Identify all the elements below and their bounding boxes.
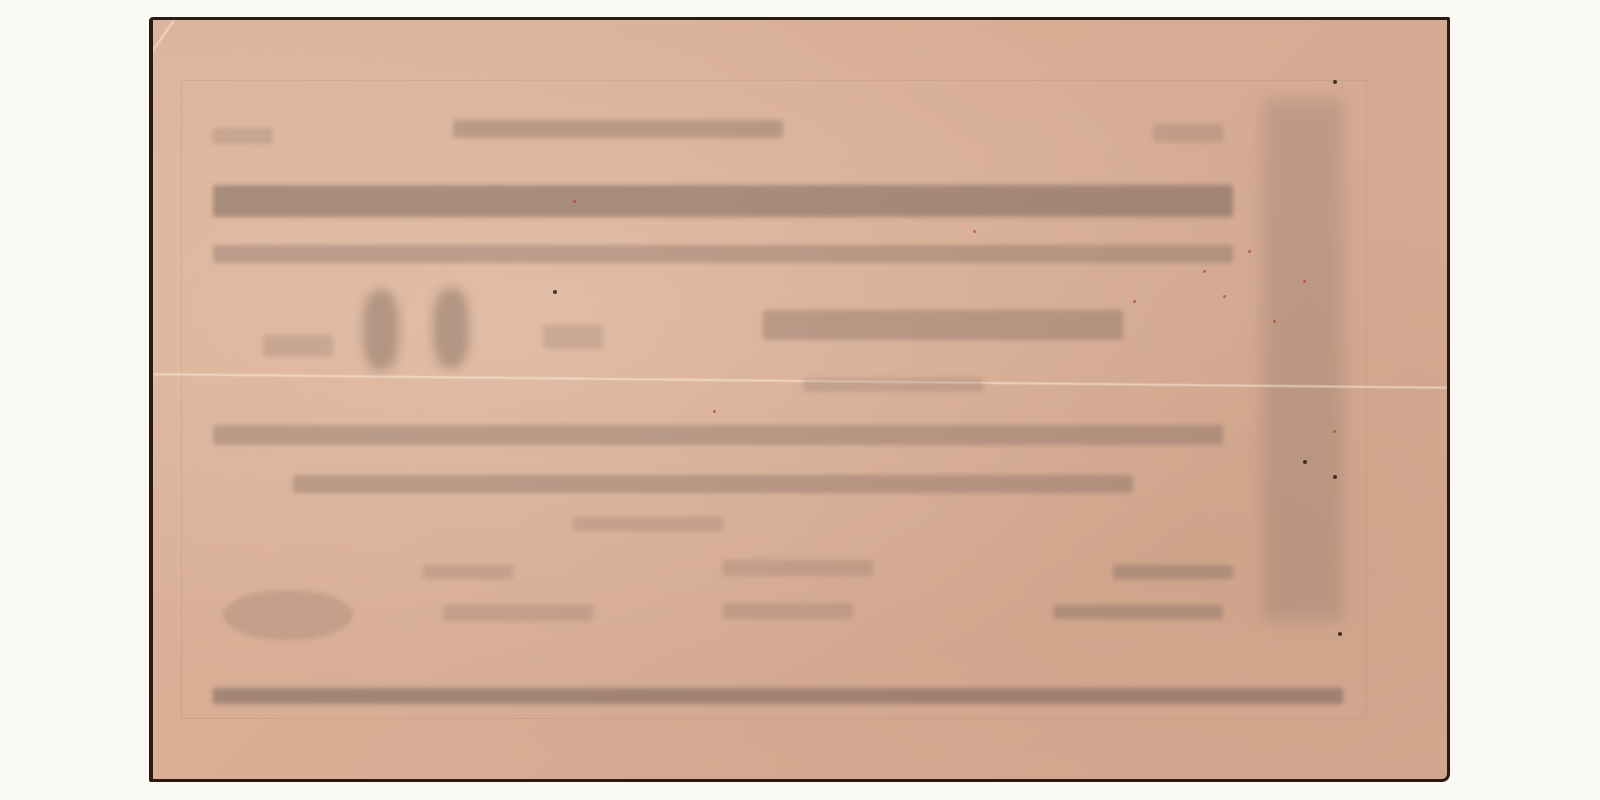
speck	[713, 410, 716, 413]
ghost-line	[803, 378, 983, 392]
ghost-line	[723, 560, 873, 576]
speck	[1333, 475, 1337, 479]
speck	[1273, 320, 1276, 323]
ghost-signature	[223, 590, 353, 640]
ghost-line	[573, 517, 723, 531]
ghost-line	[213, 688, 1343, 704]
ghost-line	[213, 128, 273, 144]
ghost-line	[453, 120, 783, 138]
speck	[1338, 632, 1342, 636]
ghost-line	[1053, 605, 1223, 619]
ghost-line	[1153, 124, 1223, 142]
speck	[1248, 250, 1251, 253]
speck	[573, 200, 576, 203]
ghost-line	[263, 335, 333, 357]
speck	[1133, 300, 1136, 303]
ghost-line	[213, 425, 1223, 445]
speck	[553, 290, 557, 294]
ghost-denomination	[433, 288, 469, 368]
speck	[1303, 460, 1307, 464]
corner-crease	[149, 20, 175, 95]
right-ghost-band	[1263, 100, 1343, 620]
speck	[1203, 270, 1206, 273]
speck	[1333, 430, 1336, 433]
ghost-line	[443, 605, 593, 621]
ghost-line	[1113, 565, 1233, 579]
ghost-line	[543, 325, 603, 349]
ghost-line	[293, 475, 1133, 493]
ghost-denomination	[363, 290, 399, 370]
print-frame	[181, 80, 1367, 719]
speck	[1303, 280, 1306, 283]
ghost-line	[423, 565, 513, 579]
speck	[1333, 80, 1337, 84]
ghost-line	[213, 245, 1233, 263]
ghost-line	[763, 310, 1123, 340]
speck	[1223, 295, 1226, 298]
banknote	[149, 17, 1450, 782]
ghost-line	[213, 185, 1233, 217]
speck	[973, 230, 976, 233]
ghost-line	[723, 603, 853, 619]
